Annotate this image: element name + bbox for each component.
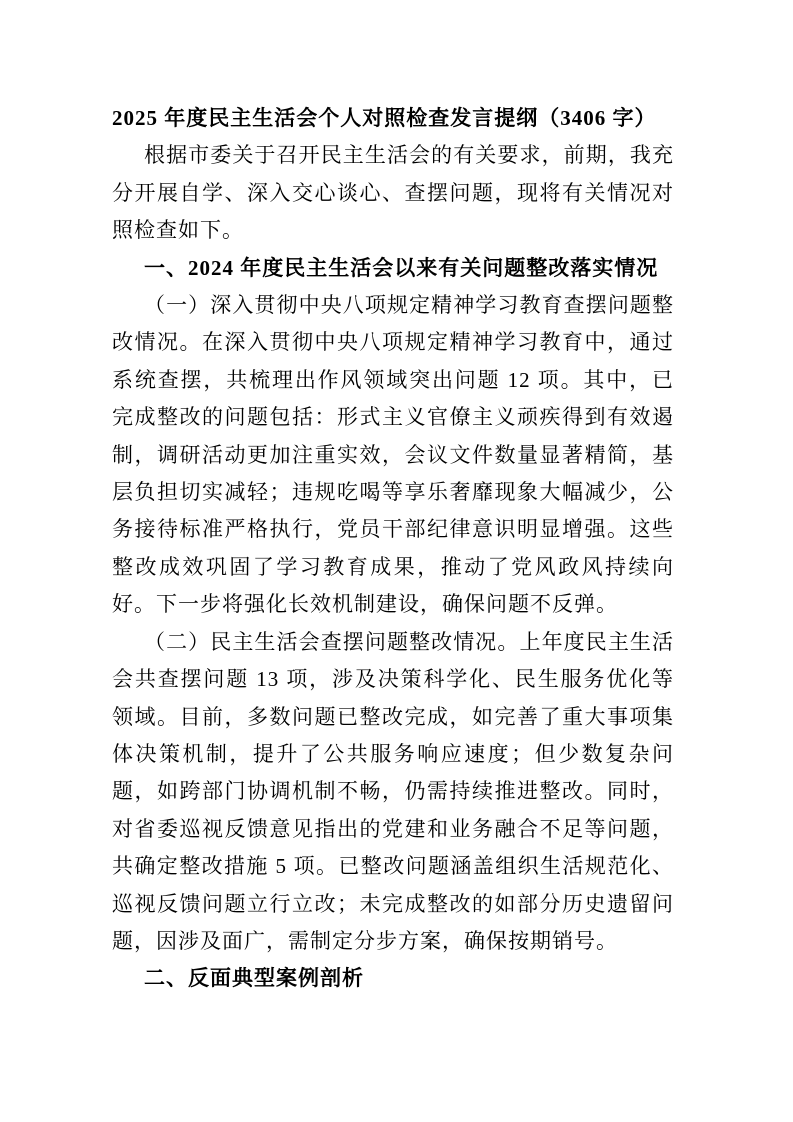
paragraph-intro: 根据市委关于召开民主生活会的有关要求，前期，我充分开展自学、深入交心谈心、查摆问…: [112, 137, 674, 249]
section-heading-1: 一、2024 年度民主生活会以来有关问题整改落实情况: [112, 250, 674, 287]
section-heading-2: 二、反面典型案例剖析: [112, 960, 674, 997]
paragraph-section1-item1: （一）深入贯彻中央八项规定精神学习教育查摆问题整改情况。在深入贯彻中央八项规定精…: [112, 287, 674, 624]
paragraph-section1-item2: （二）民主生活会查摆问题整改情况。上年度民主生活会共查摆问题 13 项，涉及决策…: [112, 624, 674, 961]
document-page: 2025 年度民主生活会个人对照检查发言提纲（3406 字） 根据市委关于召开民…: [0, 0, 793, 1122]
document-title: 2025 年度民主生活会个人对照检查发言提纲（3406 字）: [112, 100, 674, 137]
